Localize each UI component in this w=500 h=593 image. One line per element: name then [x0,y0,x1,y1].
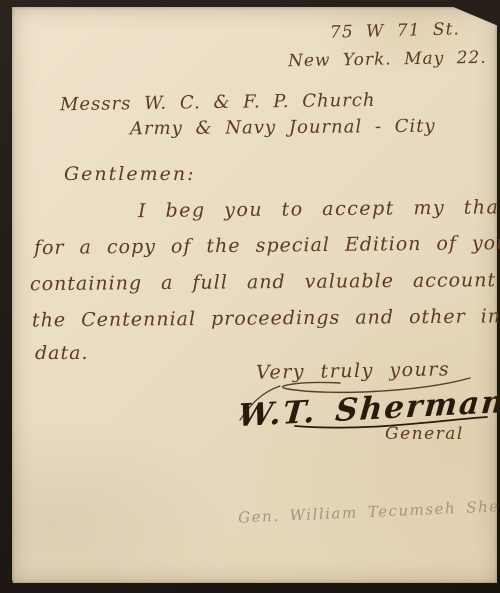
letter-photograph: 75 W 71 St. New York. May 22. 1889 Messr… [0,0,500,593]
recipient-name-line: Messrs W. C. & F. P. Church [60,91,376,115]
body-line-5: data. [35,343,89,364]
date-line: New York. May 22. 1889 [288,48,500,71]
signature-rank: General [385,425,464,444]
body-line-1: I beg you to accept my thanks [138,197,500,222]
salutation: Gentlemen: [64,164,196,185]
address-line: 75 W 71 St. [330,20,460,42]
body-line-4: the Centennial proceedings and other int… [32,306,500,332]
body-line-3: containing a full and valuable account o… [30,270,500,295]
recipient-org-line: Army & Navy Journal - City [130,117,436,139]
closing-line: Very truly yours [256,359,450,383]
body-line-2: for a copy of the special Edition of you… [34,232,500,259]
